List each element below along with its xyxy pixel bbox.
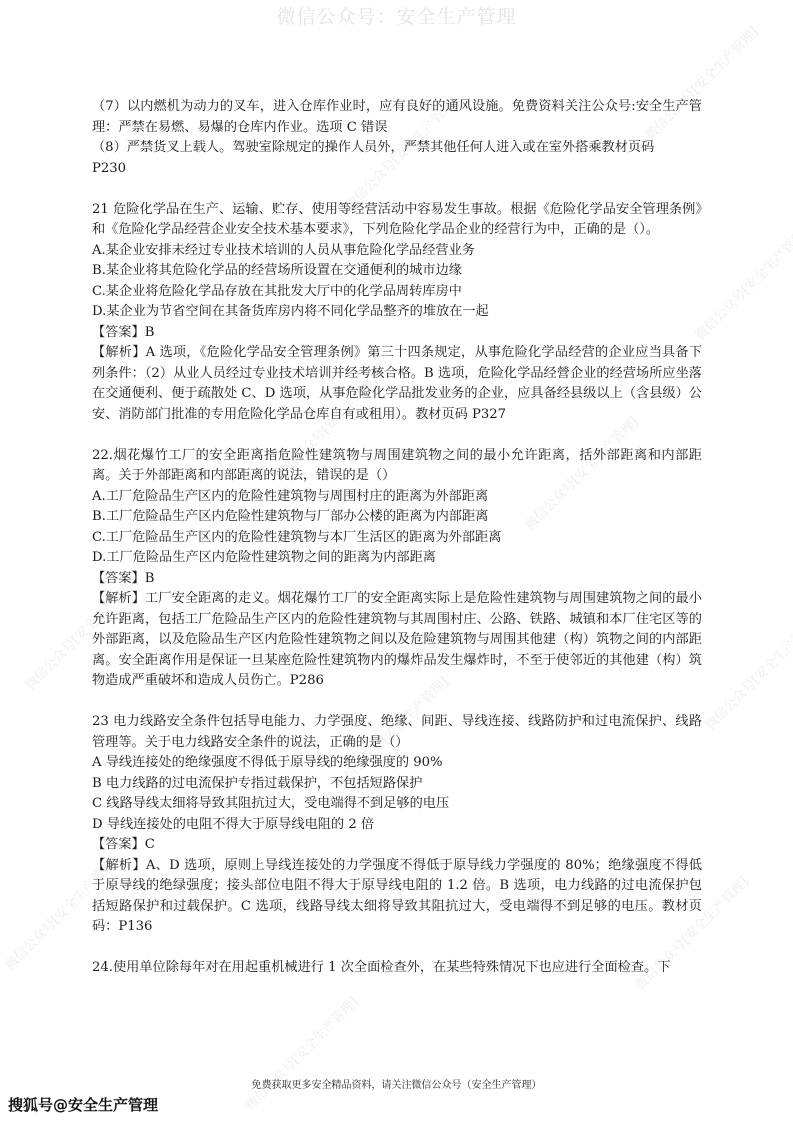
- q24-stem: 24.使用单位除每年对在用起重机械进行 1 次全面检查外，在某些特殊情况下也应进…: [92, 958, 702, 979]
- q22-option-a: A.工厂危险品生产区内的危险性建筑物与周围村庄的距离为外部距离: [92, 487, 702, 508]
- q21-option-c: C.某企业将危险化学品存放在其批发大厅中的化学品周转库房中: [92, 282, 702, 303]
- q21-option-d: D.某企业为节省空间在其备货库房内将不同化学品整齐的堆放在一起: [92, 302, 702, 323]
- q23-analysis: 【解析】A、D 选项，原则上导线连接处的力学强度不得低于原导线力学强度的 80%…: [92, 856, 702, 938]
- q21-analysis: 【解析】A 选项，《危险化学品安全管理条例》第三十四条规定，从事危险化学品经营的…: [92, 343, 702, 425]
- q22-answer: 【答案】B: [92, 569, 702, 590]
- diagonal-watermark: 微信公众号[安全生产管理]: [690, 222, 793, 344]
- q22-option-b: B.工厂危险品生产区内危险性建筑物与厂部办公楼的距离为内部距离: [92, 507, 702, 528]
- diagonal-watermark: 微信公众号[安全生产管理]: [240, 992, 362, 1114]
- q20-item-8: （8）严禁货叉上载人。驾驶室除规定的操作人员外，严禁其他任何人进入或在室外搭乘教…: [92, 138, 702, 159]
- q23-option-a: A 导线连接处的绝缘强度不得低于原导线的绝缘强度的 90%: [92, 753, 702, 774]
- q23-option-d: D 导线连接处的电阻不得大于原导线电阻的 2 倍: [92, 815, 702, 836]
- header-watermark: 微信公众号：安全生产管理: [0, 2, 793, 29]
- footer-note: 免费获取更多安全精品资料，请关注微信公众号（安全生产管理）: [0, 1076, 793, 1091]
- q21-answer: 【答案】B: [92, 323, 702, 344]
- q20-item-7: （7）以内燃机为动力的叉车，进入仓库作业时，应有良好的通风设施。免费资料关注公众…: [92, 97, 702, 138]
- q21-option-b: B.某企业将其危险化学品的经营场所设置在交通便利的城市边缘: [92, 261, 702, 282]
- q23-answer: 【答案】C: [92, 835, 702, 856]
- q22-option-d: D.工厂危险品生产区内危险性建筑物之间的距离为内部距离: [92, 548, 702, 569]
- sohu-watermark: 搜狐号@安全生产管理: [8, 1094, 158, 1115]
- q23-option-b: B 电力线路的过电流保护专指过载保护，不包括短路保护: [92, 774, 702, 795]
- q22-stem: 22.烟花爆竹工厂的安全距离指危险性建筑物与周围建筑物之间的最小允许距离，括外部…: [92, 446, 702, 487]
- q21-stem: 21 危险化学品在生产、运输、贮存、使用等经营活动中容易发生事故。根据《危险化学…: [92, 200, 702, 241]
- q23-stem: 23 电力线路安全条件包括导电能力、力学强度、绝缘、间距、导线连接、线路防护和过…: [92, 712, 702, 753]
- document-body: （7）以内燃机为动力的叉车，进入仓库作业时，应有良好的通风设施。免费资料关注公众…: [92, 97, 702, 979]
- q23-option-c: C 线路导线太细将导致其阻抗过大，受电端得不到足够的电压: [92, 794, 702, 815]
- q20-page-ref: P230: [92, 159, 702, 180]
- diagonal-watermark: 微信公众号[安全生产管理]: [700, 612, 793, 734]
- q22-analysis: 【解析】工厂安全距离的走义。烟花爆竹工厂的安全距离实际上是危险性建筑物与周围建筑…: [92, 589, 702, 692]
- q22-option-c: C.工厂危险品生产区内的危险性建筑物与本厂生活区的距离为外部距离: [92, 528, 702, 549]
- q21-option-a: A.某企业安排未经过专业技术培训的人员从事危险化学品经营业务: [92, 241, 702, 262]
